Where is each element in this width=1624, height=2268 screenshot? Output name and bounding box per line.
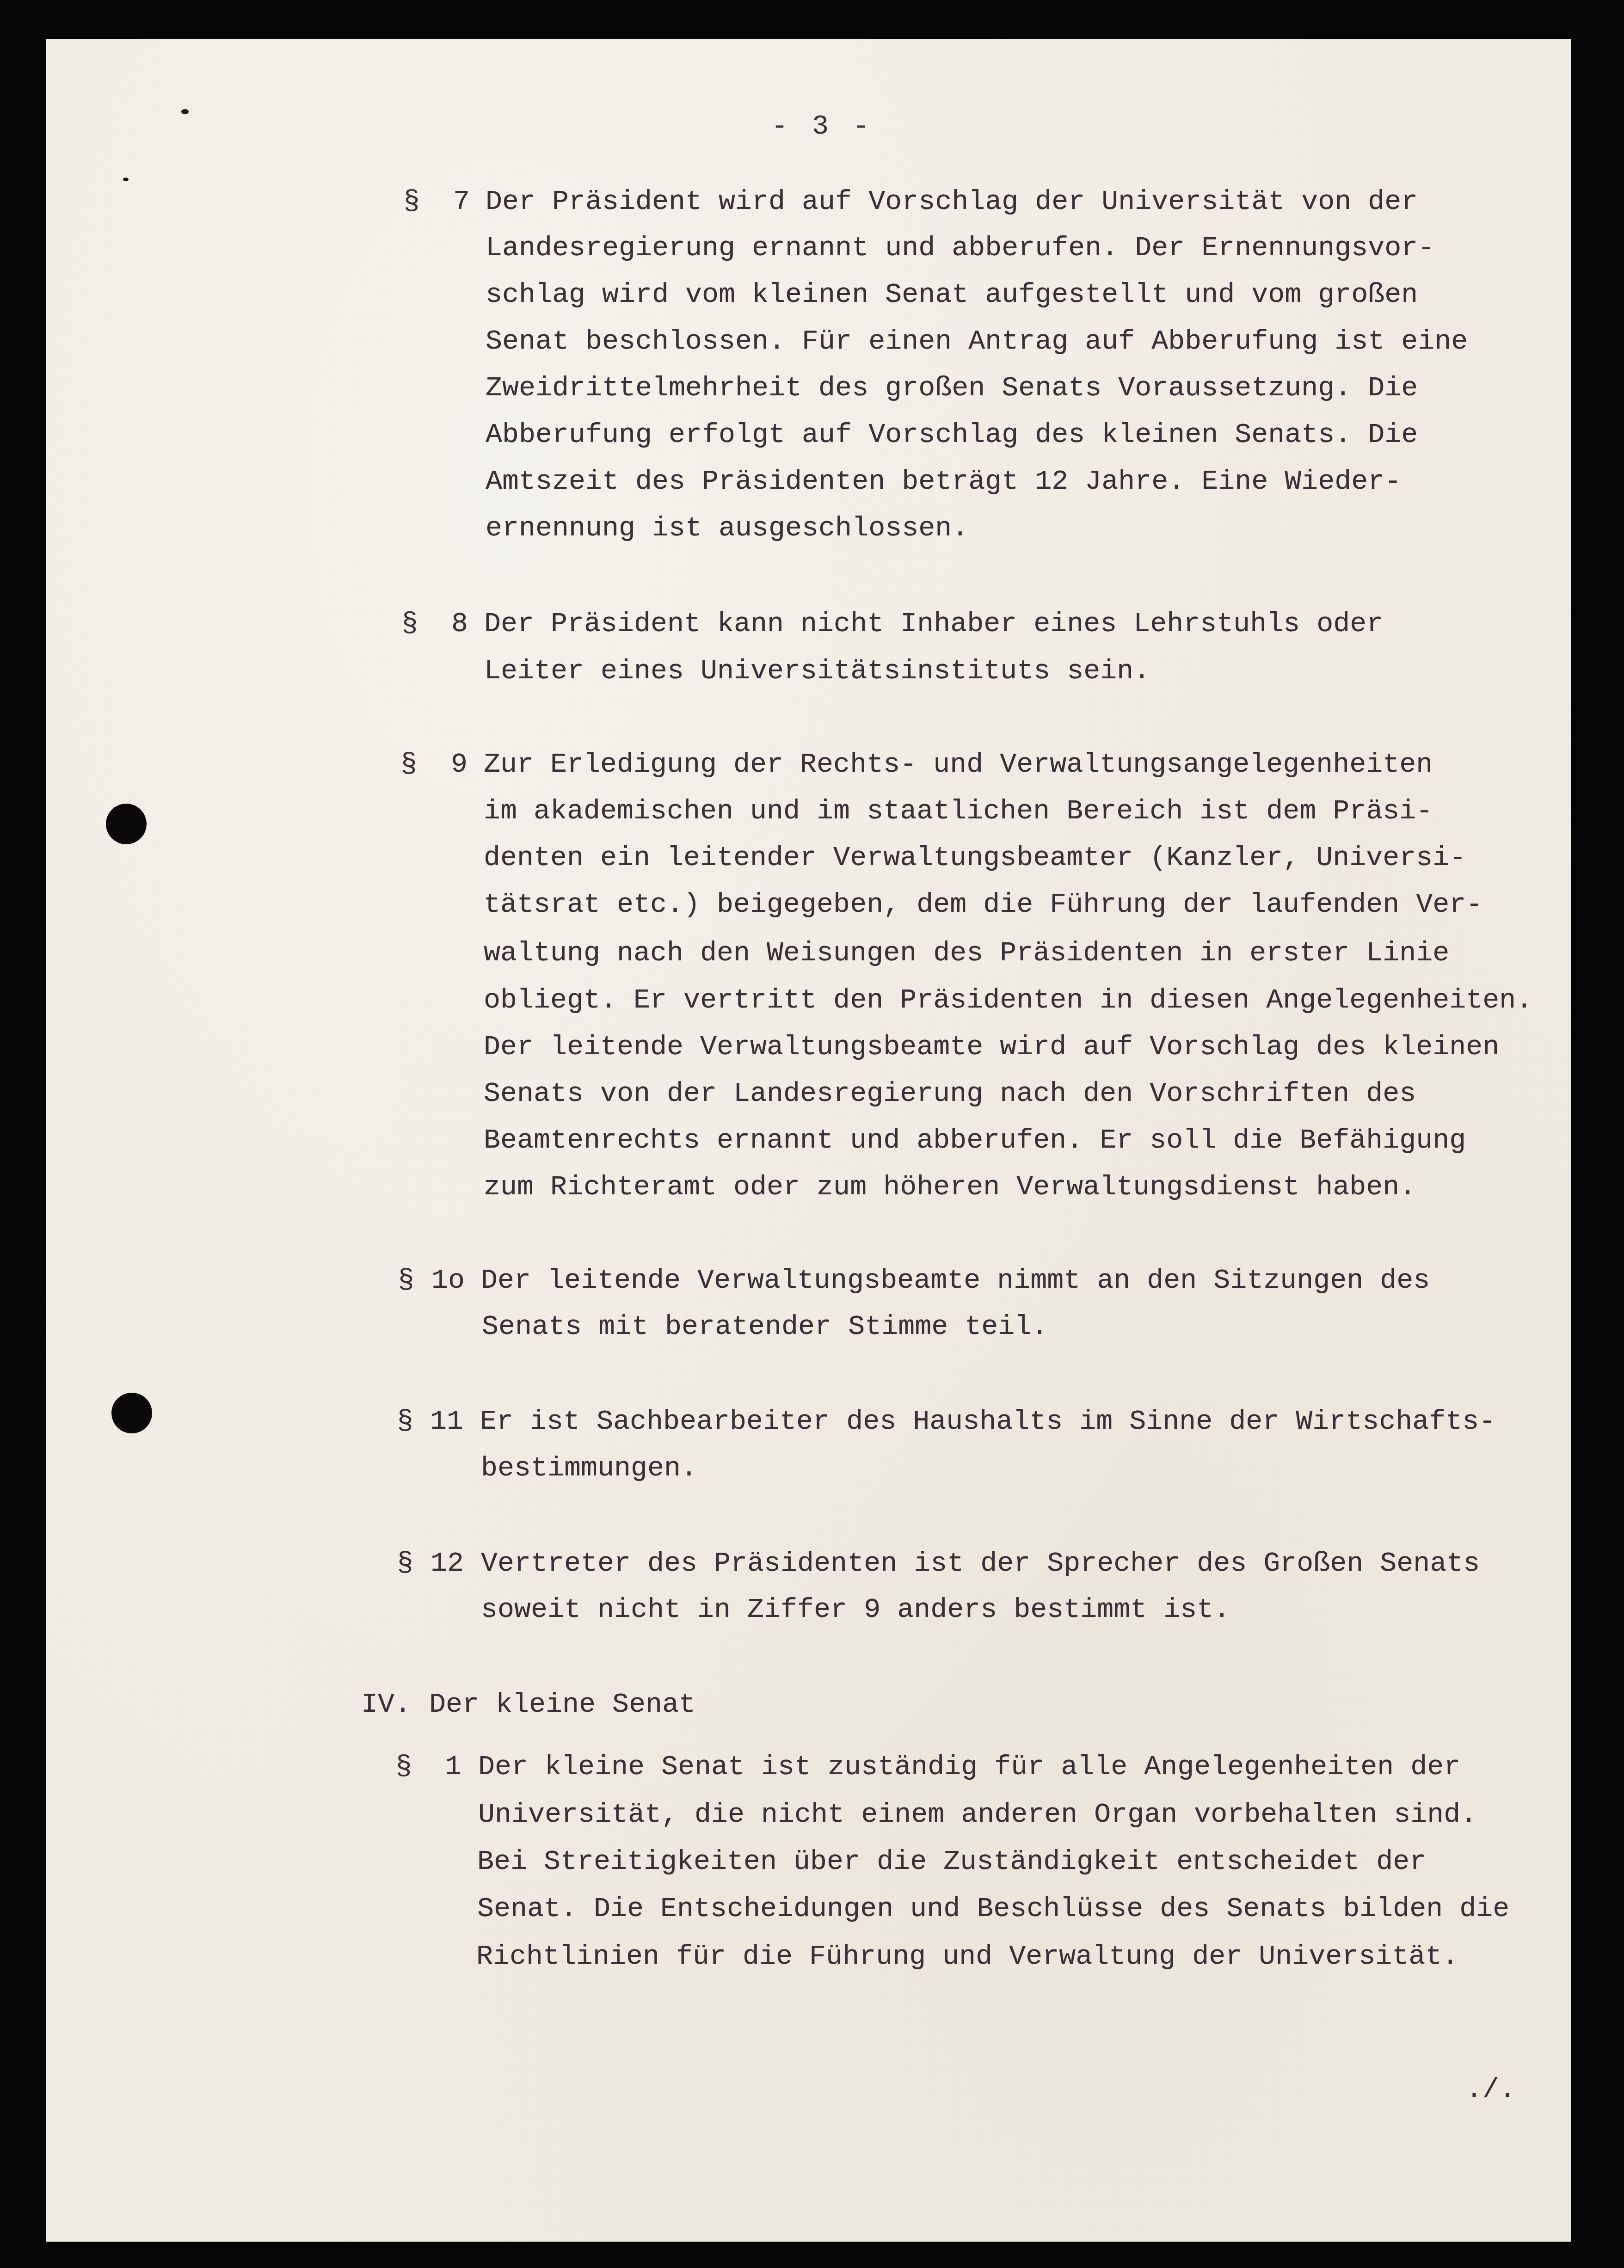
paragraph-line: Zweidrittelmehrheit des großen Senats Vo… (486, 375, 1418, 402)
paragraph-line: Zur Erledigung der Rechts- und Verwaltun… (484, 751, 1433, 779)
section-mark: § (400, 751, 417, 779)
paragraph-number: 1o (431, 1267, 465, 1295)
paragraph-line: Bei Streitigkeiten über die Zuständigkei… (477, 1848, 1426, 1876)
paragraph-line: Er ist Sachbearbeiter des Haushalts im S… (480, 1408, 1495, 1436)
paragraph-line: ernennung ist ausgeschlossen. (486, 515, 968, 542)
punch-hole-upper (106, 804, 147, 844)
section-mark: § (403, 188, 420, 216)
paragraph-line: Senats von der Landesregierung nach den … (484, 1080, 1416, 1108)
paragraph-line: Der kleine Senat ist zuständig für alle … (478, 1753, 1460, 1781)
section-mark: § (401, 610, 418, 638)
paragraph-line: tätsrat etc.) beigegeben, dem die Führun… (484, 891, 1483, 919)
paragraph-line: Senats mit beratender Stimme teil. (482, 1313, 1048, 1341)
chapter-title: Der kleine Senat (429, 1691, 695, 1719)
paragraph-line: Beamtenrechts ernannt und abberufen. Er … (484, 1127, 1466, 1155)
paragraph-number: 9 (451, 751, 468, 779)
paragraph-line: Der leitende Verwaltungsbeamte wird auf … (484, 1033, 1499, 1061)
paragraph-line: Senat beschlossen. Für einen Antrag auf … (486, 328, 1468, 356)
paragraph-line: denten ein leitender Verwaltungsbeamter … (484, 844, 1466, 872)
paragraph-line: Senat. Die Entscheidungen und Beschlüsse… (477, 1895, 1509, 1923)
paragraph-line: schlag wird vom kleinen Senat aufgestell… (486, 281, 1418, 309)
paragraph-number: 7 (453, 188, 470, 216)
paragraph-line: obliegt. Er vertritt den Präsidenten in … (484, 987, 1532, 1014)
chapter-numeral: IV. (361, 1691, 411, 1719)
section-mark: § (397, 1550, 413, 1578)
paragraph-line: Richtlinien für die Führung und Verwaltu… (476, 1943, 1458, 1971)
paragraph-line: Universität, die nicht einem anderen Org… (478, 1801, 1477, 1829)
paragraph-line: zum Richteramt oder zum höheren Verwaltu… (484, 1174, 1416, 1201)
paragraph-line: Der leitende Verwaltungsbeamte nimmt an … (481, 1267, 1430, 1295)
paragraph-line: Der Präsident wird auf Vorschlag der Uni… (486, 188, 1418, 216)
punch-hole-lower (111, 1393, 152, 1433)
continuation-mark: ./. (1466, 2076, 1516, 2104)
paragraph-number: 11 (430, 1408, 463, 1436)
paragraph-line: waltung nach den Weisungen des Präsident… (484, 940, 1449, 967)
paragraph-number: 8 (451, 610, 468, 638)
section-mark: § (395, 1753, 412, 1781)
paragraph-line: soweit nicht in Ziffer 9 anders bestimmt… (481, 1596, 1230, 1624)
paragraph-line: Landesregierung ernannt und abberufen. D… (486, 234, 1434, 262)
paragraph-number: 12 (431, 1550, 464, 1578)
paragraph-line: Der Präsident kann nicht Inhaber eines L… (484, 610, 1383, 638)
paper-speck (123, 178, 129, 181)
paragraph-line: bestimmungen. (481, 1455, 697, 1482)
section-mark: § (398, 1267, 414, 1295)
paragraph-line: Vertreter des Präsidenten ist der Sprech… (481, 1550, 1480, 1578)
paragraph-number: 1 (445, 1753, 461, 1781)
paragraph-line: im akademischen und im staatlichen Berei… (484, 798, 1433, 825)
paragraph-line: Abberufung erfolgt auf Vorschlag des kle… (486, 421, 1418, 449)
section-mark: § (397, 1408, 413, 1436)
paragraph-line: Leiter eines Universitätsinstituts sein. (484, 658, 1150, 685)
paragraph-line: Amtszeit des Präsidenten beträgt 12 Jahr… (486, 468, 1401, 496)
paper-speck (181, 109, 189, 114)
page-number: - 3 - (771, 113, 873, 141)
